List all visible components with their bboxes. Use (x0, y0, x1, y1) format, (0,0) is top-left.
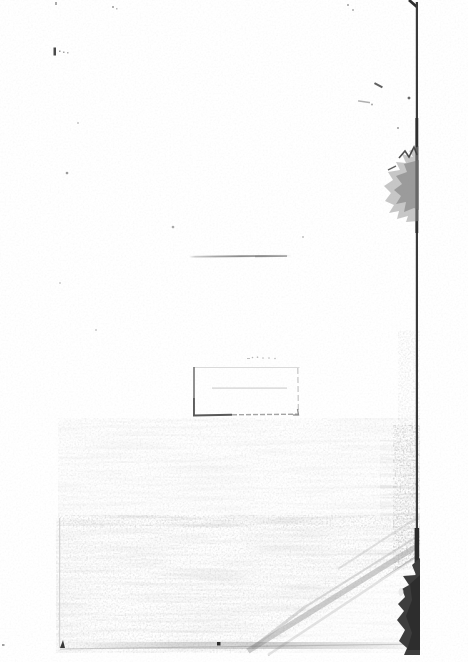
right-margin-streaks (380, 440, 420, 520)
speck-dot (397, 127, 399, 129)
corner-stain-notch (399, 588, 404, 596)
speck-top-edge (347, 4, 349, 6)
faint-rule-dark-segment (255, 255, 287, 257)
mid-streak-band (58, 418, 420, 528)
paper-grain-texture (0, 0, 468, 662)
bottom-smudge (60, 642, 420, 649)
speck-dot (67, 52, 69, 54)
speck-dot (66, 172, 69, 175)
speck-top-edge (352, 9, 354, 11)
speck-dot (172, 226, 175, 229)
stamp-box-bottom-dark (193, 415, 232, 416)
speck-dark-bottom (217, 642, 221, 646)
left-edge-line (59, 518, 60, 648)
scanned-page (0, 0, 468, 662)
speck-top-edge (55, 2, 57, 5)
speck-top-edge (116, 8, 118, 10)
speck-dot (63, 52, 65, 54)
speck-dot (408, 97, 411, 100)
speck-dot (371, 104, 373, 106)
speck-dot (77, 122, 79, 124)
speck-dash-topleft (54, 48, 57, 56)
stamp-box-left-dark (193, 398, 195, 416)
stamp-box-inner-line (212, 388, 287, 389)
scan-artwork (0, 0, 468, 662)
speck-dot (59, 51, 61, 53)
page-left-edge (59, 518, 60, 648)
speck-dot (95, 329, 97, 331)
spine-main-line (416, 2, 418, 562)
stamp-box-top (194, 367, 300, 368)
speck-dot (302, 236, 304, 238)
speck-top-edge (112, 6, 114, 8)
speck-dot (59, 282, 61, 284)
speck-dot (2, 644, 5, 646)
